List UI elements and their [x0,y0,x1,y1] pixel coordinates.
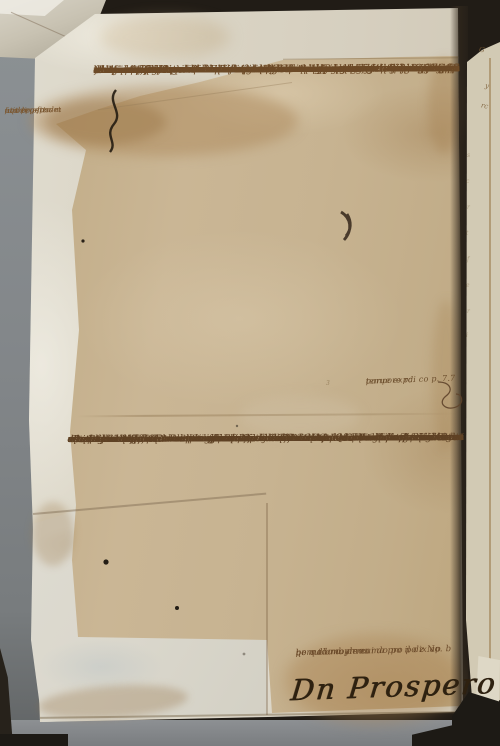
date-line: nitate dni Mo CCCo Lo primo. Exata [69,432,251,447]
facing-page-mark: G [478,46,485,55]
manuscript-line: equdi gepos [5,105,53,116]
registration-note: parue expdi co p. 7.7 tempore rc. [366,371,463,404]
manuscript-photo: fuit reperta et nra pro fi ut dep eiusdm… [0,0,500,746]
edge-bleed-mark: f [467,256,469,263]
stray-mark: 3 [326,380,330,387]
letter-block-1: dempte fideli nro bn et civibus baiulo v… [93,59,461,377]
edge-bleed-mark: r [467,308,470,315]
date-line: Anno a nativitate dni millesimo CCCo qui… [96,61,445,79]
edge-bleed-mark: r [467,204,470,211]
edge-bleed-mark: s [467,152,470,159]
edge-bleed-mark: c [466,178,469,185]
signature-dn-prospero: Dn Prospero [287,667,482,726]
facing-page-mark: rc [480,101,489,110]
edge-bleed-mark: e [466,282,470,289]
margin-note: fuit reperta et nra pro fi ut dep eiusdm… [5,104,106,150]
edge-bleed-mark: t [466,230,468,237]
facing-page-mark: y [484,82,490,91]
letter-block-2: Petrus rc. dilecto consiliario nro Pero … [67,429,464,637]
handwriting-layer: fuit reperta et nra pro fi ut dep eiusdm… [0,0,500,746]
manuscript-line: tempore rc. [366,373,416,388]
manuscript-line: qr nullamoyr ma [295,645,370,660]
edge-bleed-mark: i [466,332,468,339]
